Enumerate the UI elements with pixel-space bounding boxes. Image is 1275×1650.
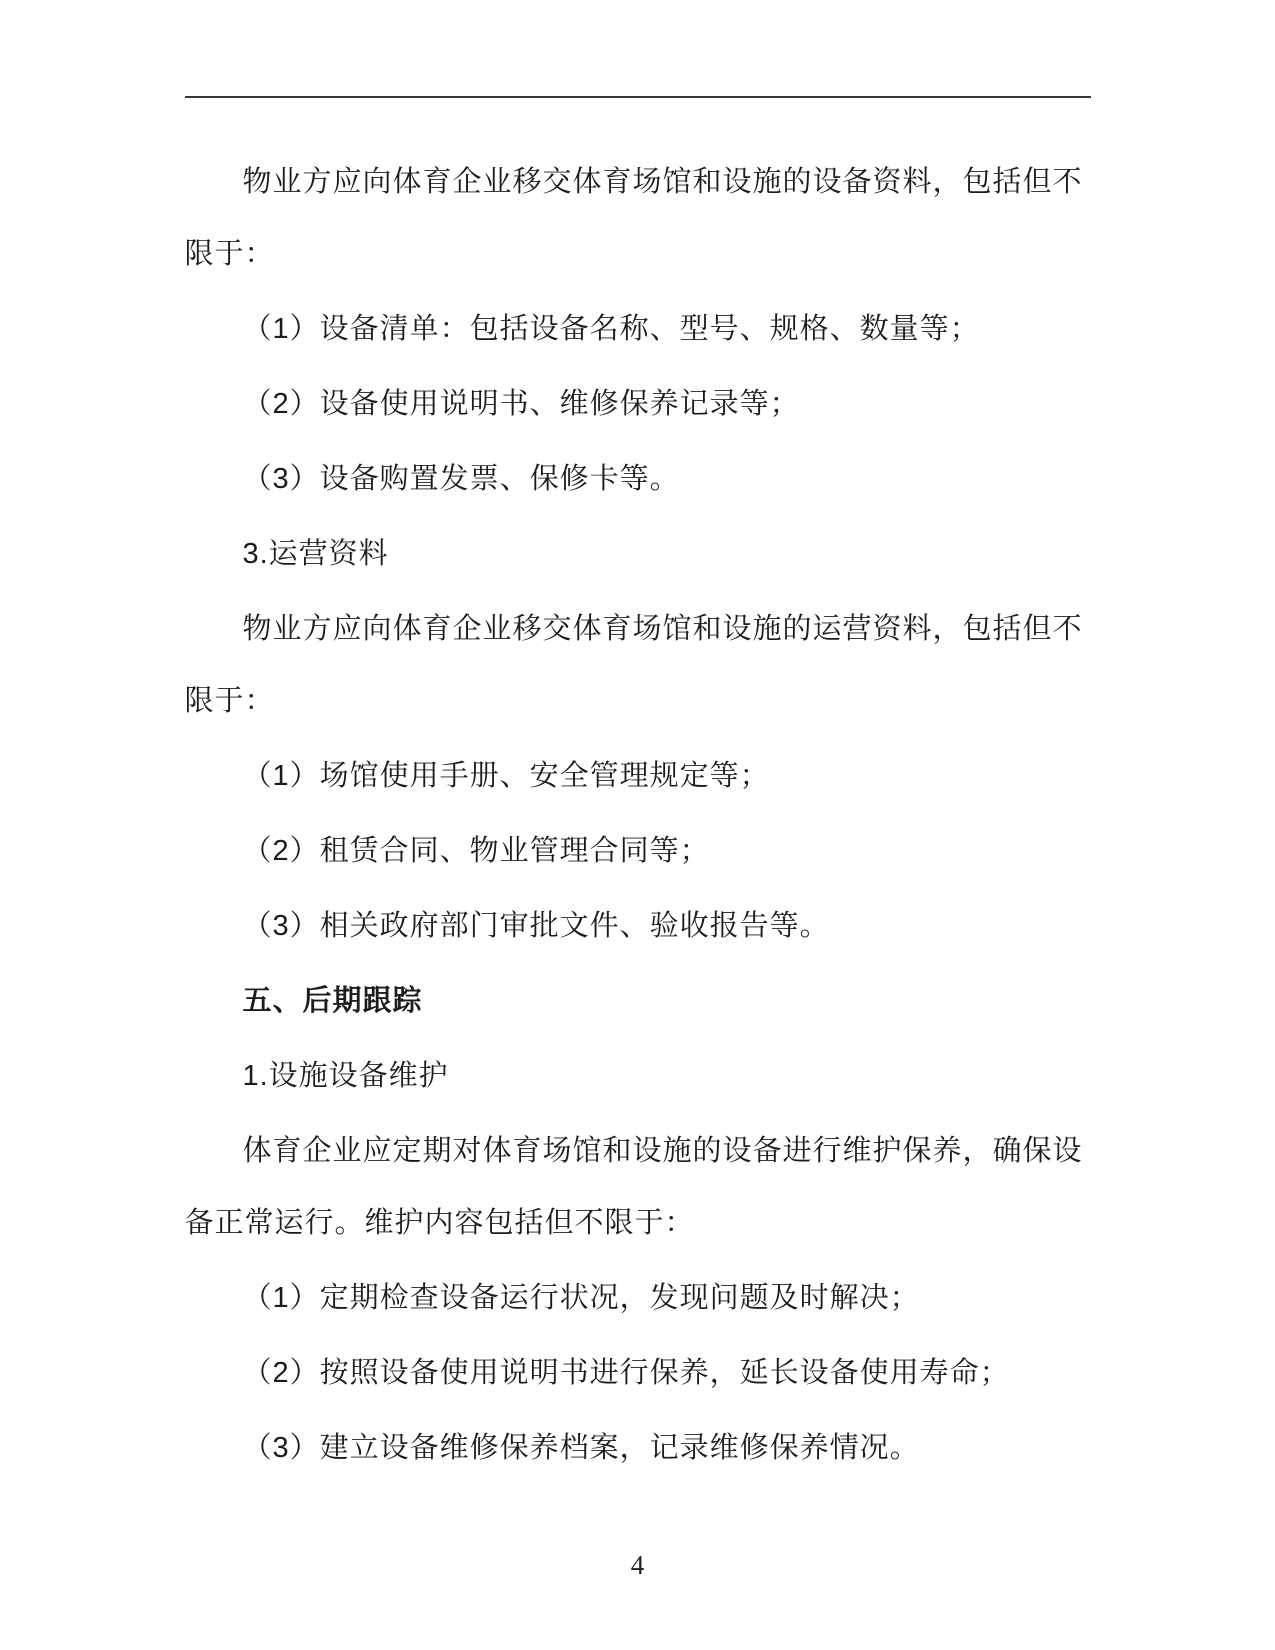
list-item: （1）设备清单：包括设备名称、型号、规格、数量等； bbox=[185, 293, 1091, 365]
list-item: （1）场馆使用手册、安全管理规定等； bbox=[185, 740, 1091, 812]
sub-heading: 3.运营资料 bbox=[185, 518, 1091, 590]
page-number: 4 bbox=[0, 1550, 1275, 1581]
list-item: （3）相关政府部门审批文件、验收报告等。 bbox=[185, 890, 1091, 962]
list-item: （2）设备使用说明书、维修保养记录等； bbox=[185, 368, 1091, 440]
document-page: 物业方应向体育企业移交体育场馆和设施的设备资料，包括但不 限于：（1）设备清单：… bbox=[0, 0, 1275, 1650]
list-item: （3）建立设备维修保养档案，记录维修保养情况。 bbox=[185, 1412, 1091, 1484]
list-item: （3）设备购置发票、保修卡等。 bbox=[185, 443, 1091, 515]
list-item: （2）按照设备使用说明书进行保养，延长设备使用寿命； bbox=[185, 1337, 1091, 1409]
list-item: （2）租赁合同、物业管理合同等； bbox=[185, 815, 1091, 887]
paragraph: 体育企业应定期对体育场馆和设施的设备进行维护保养，确保设 备正常运行。维护内容包… bbox=[185, 1115, 1091, 1259]
sub-heading: 1.设施设备维护 bbox=[185, 1040, 1091, 1112]
paragraph: 物业方应向体育企业移交体育场馆和设施的设备资料，包括但不 限于： bbox=[185, 146, 1091, 290]
paragraph: 物业方应向体育企业移交体育场馆和设施的运营资料，包括但不 限于： bbox=[185, 593, 1091, 737]
list-item: （1）定期检查设备运行状况，发现问题及时解决； bbox=[185, 1262, 1091, 1334]
document-body: 物业方应向体育企业移交体育场馆和设施的设备资料，包括但不 限于：（1）设备清单：… bbox=[185, 146, 1091, 1484]
header-rule bbox=[185, 0, 1091, 98]
section-heading: 五、后期跟踪 bbox=[185, 965, 1091, 1037]
